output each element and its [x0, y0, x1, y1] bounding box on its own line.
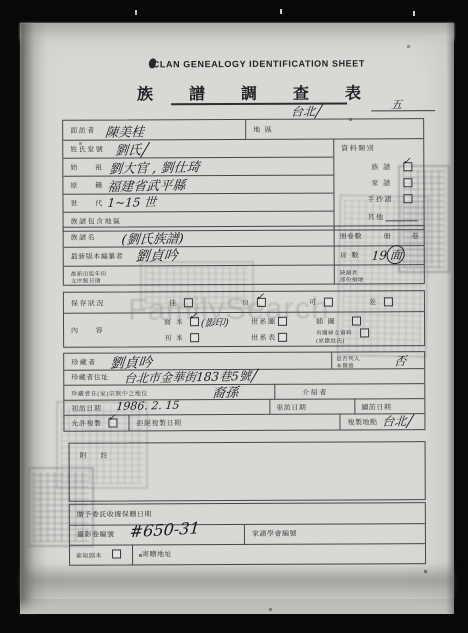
lineage-table-checkbox [278, 333, 287, 342]
society-number-label: 家譜學會編號 [252, 529, 297, 539]
lineage-table-label: 世系表 [251, 333, 277, 343]
illustration-checkbox [352, 316, 361, 325]
category-jiapu-checkbox [403, 178, 412, 187]
condition-ok-checkbox [324, 298, 333, 307]
volume-unit-ce: 冊 [384, 231, 393, 241]
collector-address-label: 珍藏者住址 [71, 373, 109, 383]
copy-request-checkbox [112, 550, 121, 559]
pages-unit-circled: 面 [386, 245, 406, 264]
surname-hall-value: 劉氏╱ [114, 139, 149, 159]
title-english: CLAN GENEALOGY IDENTIFICATION SHEET [89, 58, 429, 69]
volumes-label: 冊卷數 [340, 231, 363, 241]
lineage-chart-label: 世系圖 [251, 317, 277, 327]
admin-table: 贈予委託收據保贈日期 攝影卷編號 #650-31 家譜學會編號 索取副本 寄贈地… [69, 502, 426, 566]
copy-request-label: 索取副本 [76, 551, 102, 560]
category-label: 資料類別 [341, 143, 375, 153]
preface-date-label: 文序跋日期 [71, 277, 101, 285]
category-manuscript-label: 手抄譜 [367, 194, 393, 204]
category-zupu-label: 族 譜 [371, 162, 391, 172]
collector-label: 珍藏者 [71, 358, 97, 368]
title-chinese: 族 譜 調 查 表 [79, 80, 419, 104]
copy-refuse-label: 拒絕複製日期 [136, 418, 181, 428]
copy-permit-checkbox: ✓ [108, 419, 117, 428]
location-annotation: 台北╱ [290, 102, 323, 120]
collector-table: 珍藏者 劉貞吟 是否列入 本微捲 否 珍藏者住址 台北市金華街183巷5號╱ 珍… [63, 351, 425, 432]
region-label: 地 區 [253, 125, 273, 135]
scanned-document: FamilySearch CLAN GENEALOGY IDENTIFICATI… [0, 0, 468, 633]
printed-checkbox [190, 333, 199, 342]
copy-place-value: 台北╱ [382, 412, 415, 430]
notes-label: 附 註 [80, 451, 114, 461]
lineage-chart-checkbox [278, 317, 287, 326]
manuscript-checkbox: ✓ [190, 317, 199, 326]
collector-position-label: 珍藏者在(家)宗族中之地位 [71, 388, 148, 397]
origin-label: 原 籍 [70, 181, 110, 191]
category-other-label: 其他 [368, 212, 385, 222]
microfilm-label-line2: 本微捲 [336, 361, 354, 369]
compiler-label: 最新版本編纂者 [71, 251, 124, 261]
compiler-value: 劉貞吟 [135, 245, 179, 266]
category-jiapu-label: 家 譜 [371, 178, 391, 188]
condition-fair-checkbox: ✓ [257, 298, 266, 307]
film-number-label: 攝影卷編號 [77, 530, 115, 540]
content-label: 內 容 [71, 326, 111, 336]
surname-hall-label: 姓氏堂號 [70, 145, 104, 155]
interviewer-value: 陳美桂 [104, 121, 145, 141]
revisit-label: 重訪日期 [276, 403, 306, 413]
copy-place-label: 複製地點 [347, 417, 377, 427]
condition-good-checkbox [184, 298, 193, 307]
introducer-label: 介紹者 [302, 388, 328, 398]
first-visit-value: 1986. 2. 15 [116, 399, 180, 413]
condition-label: 保存狀況 [71, 299, 105, 309]
manuscript-note: (影印) [200, 314, 229, 330]
genealogy-name-label: 族譜名 [71, 233, 97, 243]
category-manuscript-checkbox [403, 194, 412, 203]
followup-label: 續訪日期 [361, 402, 391, 412]
volume-unit-juan: 卷 [412, 231, 421, 241]
condition-poor-checkbox [384, 297, 393, 306]
interviewer-label: 面訪者 [70, 126, 96, 136]
generation-label: 世 代 [70, 199, 110, 209]
category-zupu-checkbox: ✓ [403, 162, 412, 171]
damaged-label: 部份損壞 [340, 275, 364, 283]
printed-label: 刊 本 [164, 333, 184, 343]
illustration-label: 插 圖 [316, 317, 336, 327]
receipt-date-label: 贈予委託收據保贈日期 [77, 509, 152, 519]
notes-table: 附 註 [69, 441, 426, 502]
page-number-underline [371, 110, 435, 111]
mail-address-label: 寄贈地址 [142, 549, 172, 559]
copy-permit-label: 允許複製 [71, 419, 101, 429]
pages-label: 頁 數 [340, 250, 360, 260]
condition-table: 保存狀況 佳 良 ✓ 可 差 內 容 寫 本 ✓ (影印) 世系圖 插 圖 刊 … [63, 290, 425, 348]
generation-value: 1~15 世 [107, 193, 157, 211]
first-visit-label: 初訪日期 [71, 404, 101, 414]
condition-fair-label: 良 [242, 298, 251, 308]
volume-table: 族譜名 (劉氏族譜) 冊卷數 冊 卷 最新版本編纂者 劉貞吟 頁 數 19面 最… [63, 225, 425, 286]
pages-value: 19面 [371, 245, 406, 265]
ancestor-label: 始 祖 [70, 163, 110, 173]
coverage-label: 族譜包含地區 [71, 217, 122, 227]
paper-sheet: FamilySearch CLAN GENEALOGY IDENTIFICATI… [20, 23, 454, 614]
condition-poor-label: 差 [369, 297, 378, 307]
film-number-value: #650-31 [129, 518, 201, 541]
scan-artifacts [0, 0, 2, 5]
manuscript-label: 寫 本 [164, 317, 184, 327]
women-data-checkbox [360, 328, 369, 337]
form-content: CLAN GENEALOGY IDENTIFICATION SHEET 族 譜 … [19, 22, 456, 615]
identity-table: 面訪者 陳美桂 地 區 姓氏堂號 劉氏╱ 始 祖 劉大官 , 劉仕琦 原 籍 福… [62, 118, 424, 232]
condition-good-label: 佳 [169, 298, 178, 308]
microfilm-value: 否 [393, 352, 406, 369]
ancestor-value: 劉大官 , 劉仕琦 [108, 156, 200, 177]
collector-position-value: 裔孫 [212, 382, 240, 402]
women-data-note: (原籍姓氏) [316, 337, 345, 345]
women-data-label: 有關婦女資料 [316, 328, 352, 336]
condition-ok-label: 可 [309, 298, 318, 308]
